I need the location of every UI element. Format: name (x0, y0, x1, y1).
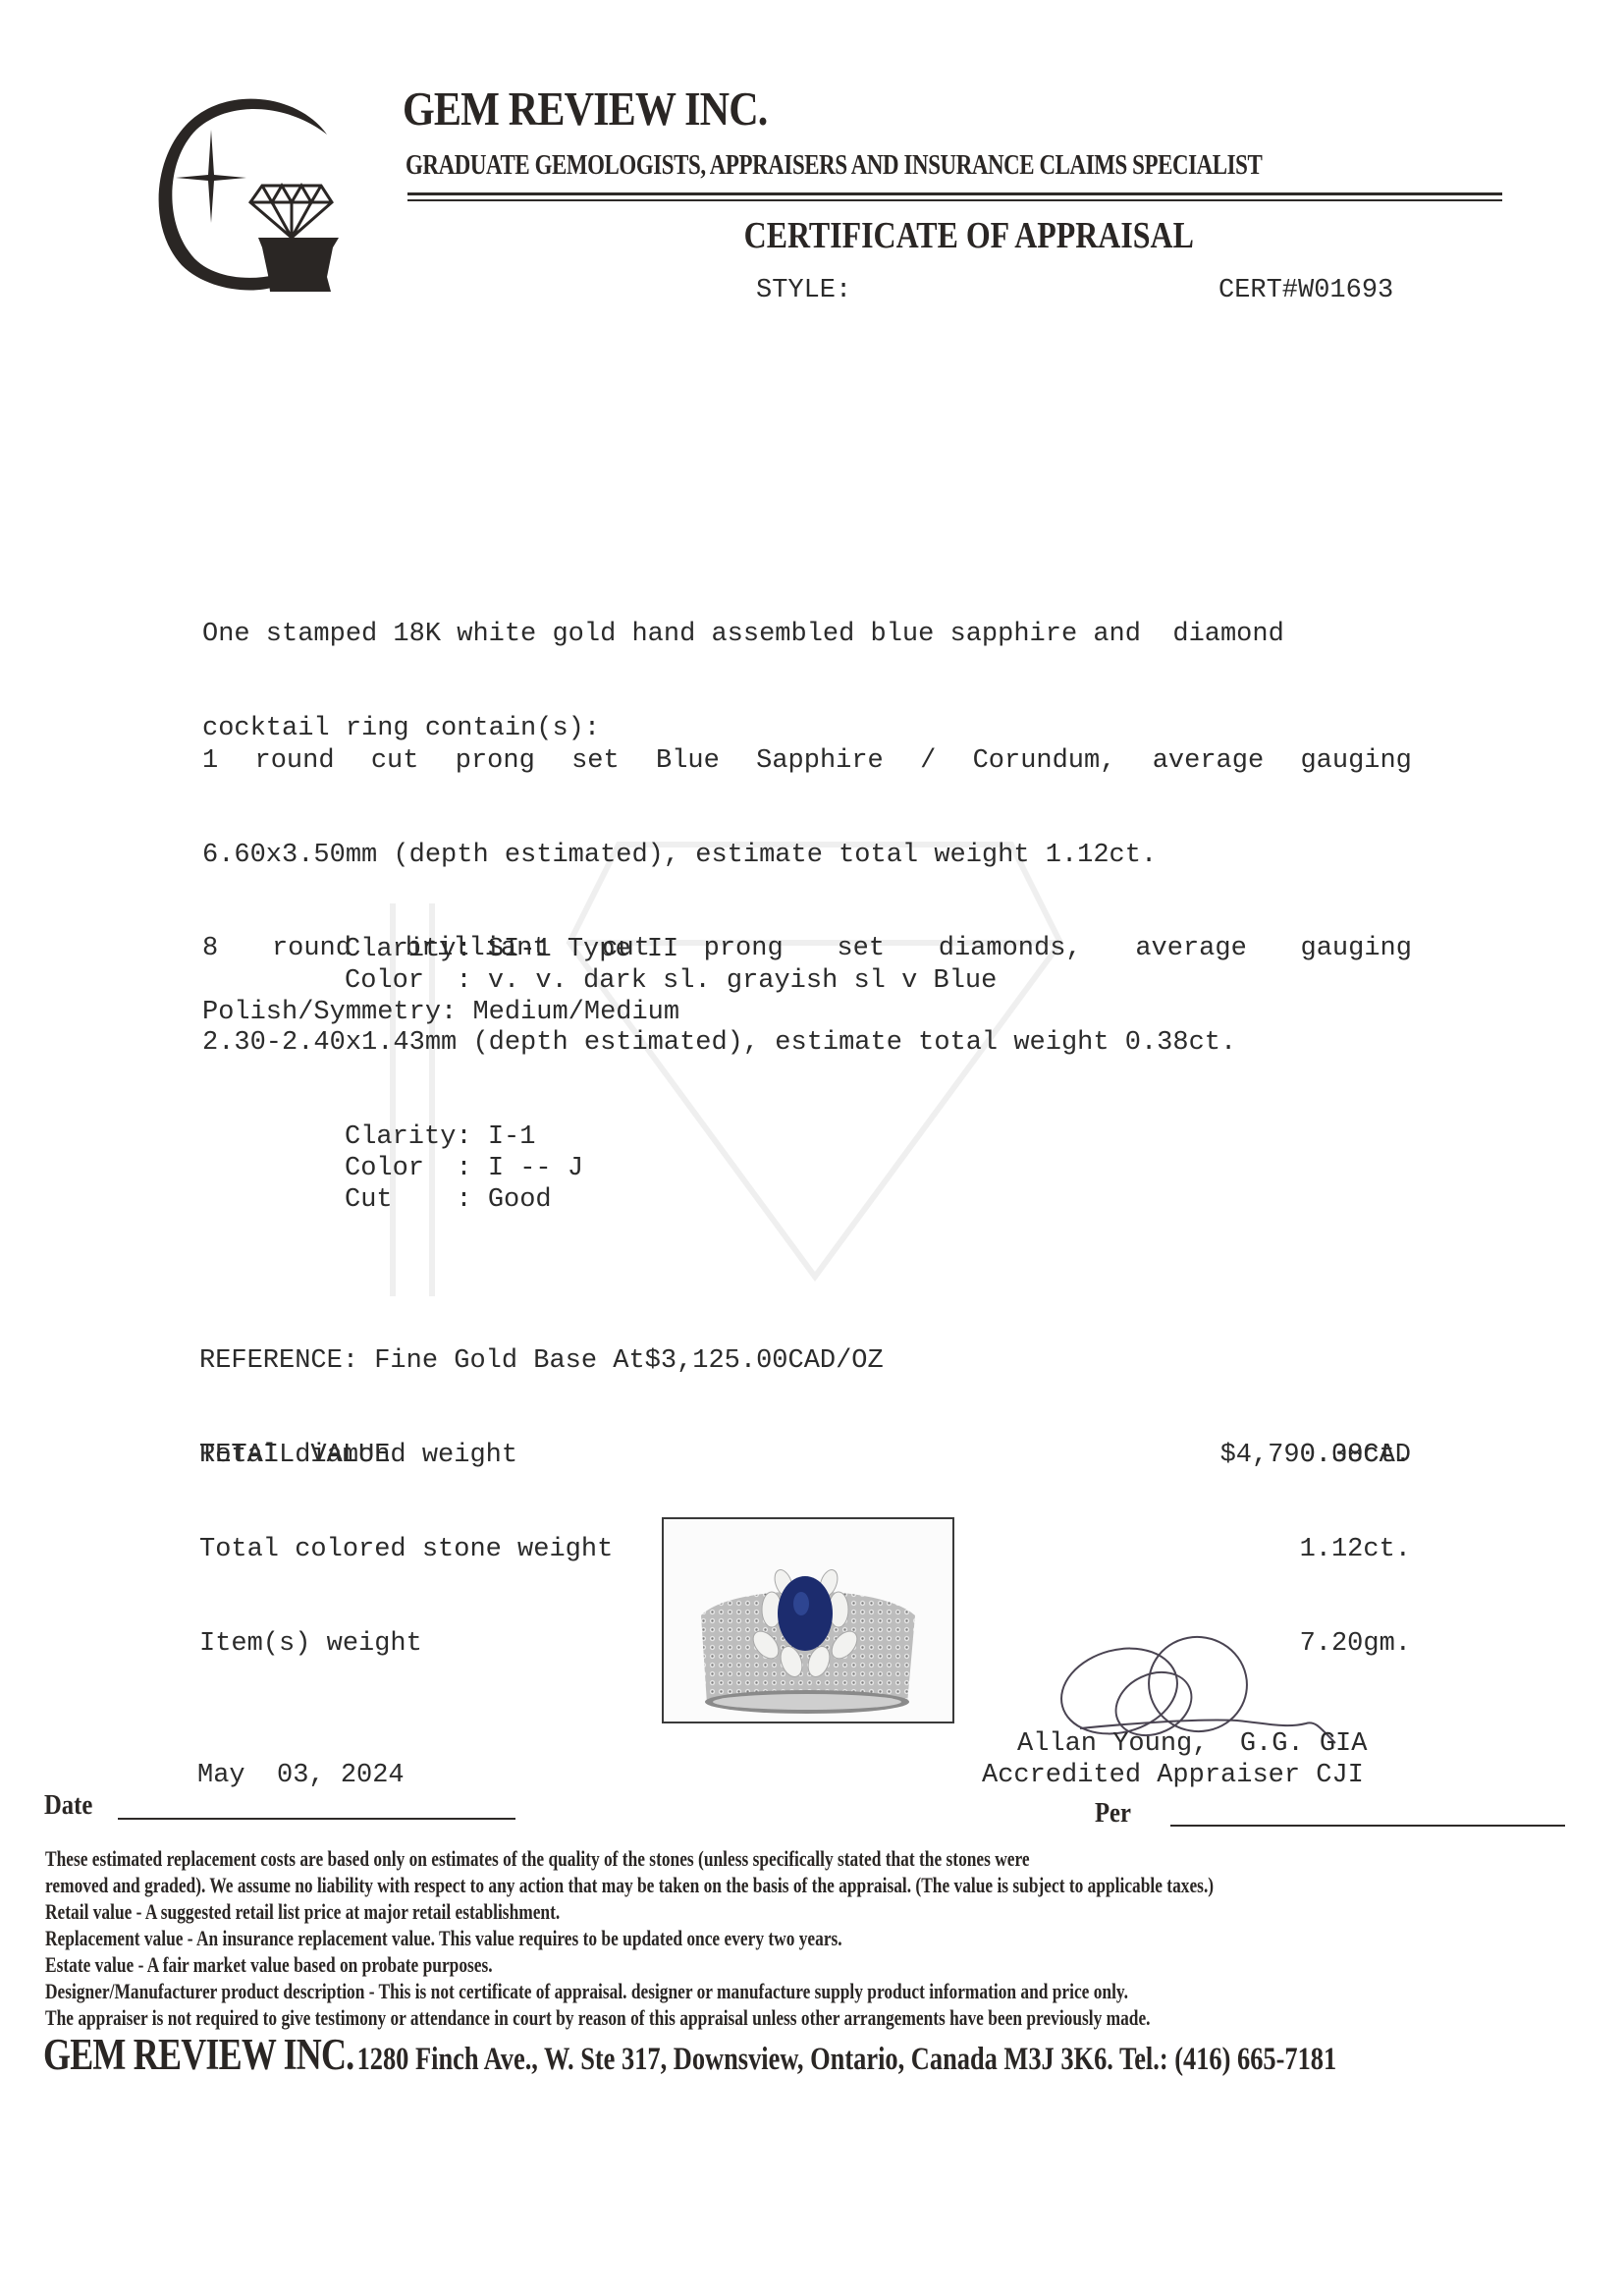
header-divider (407, 192, 1502, 195)
word: / (920, 745, 936, 777)
ring-photo (662, 1517, 954, 1723)
disclaimer-line: removed and graded). We assume no liabil… (45, 1872, 1364, 1898)
date-label: Date (44, 1789, 92, 1822)
per-signature-line (1170, 1825, 1565, 1827)
company-name: GEM REVIEW INC. (403, 81, 767, 137)
stone-detail-row: Cut : Good (202, 1184, 1412, 1216)
word: set (837, 933, 885, 964)
word: gauging (1301, 933, 1412, 964)
retail-value-label: RETAIL VALUE (199, 1440, 390, 1471)
appraisal-date: May 03, 2024 (197, 1760, 405, 1791)
stone-detail-row: Color : I -- J (202, 1153, 1412, 1184)
word: Corundum, (973, 745, 1116, 777)
word: cut (371, 745, 419, 777)
stone-line2: 6.60x3.50mm (depth estimated), estimate … (202, 840, 1412, 871)
per-label: Per (1095, 1797, 1131, 1830)
word: prong (704, 933, 784, 964)
stone-detail-row: Clarity: I-1 (202, 1121, 1412, 1153)
ring-image-icon (664, 1519, 952, 1722)
stone-line1: 1roundcutprongsetBlueSapphire/Corundum,a… (202, 745, 1412, 777)
disclaimer-line: The appraiser is not required to give te… (45, 2004, 1364, 2031)
stone-entry-diamonds: 8roundbrilliantcutprongsetdiamonds,avera… (202, 870, 1412, 1247)
appraiser-name: Allan Young, G.G. GIA (1017, 1728, 1367, 1760)
footer-address: 1280 Finch Ave., W. Ste 317, Downsview, … (357, 2042, 1337, 2077)
disclaimer-line: These estimated replacement costs are ba… (45, 1845, 1364, 1872)
retail-value-amount: $4,790.00CAD (1220, 1440, 1411, 1471)
word: gauging (1300, 745, 1411, 777)
cert-number: CERT#W01693 (1218, 275, 1393, 306)
description-line: One stamped 18K white gold hand assemble… (202, 619, 1284, 650)
reference-text: REFERENCE: Fine Gold Base At$3,125.00CAD… (199, 1345, 884, 1377)
certificate-title: CERTIFICATE OF APPRAISAL (0, 214, 1624, 257)
footer-company-name: GEM REVIEW INC. (43, 2030, 353, 2079)
style-label: STYLE: (756, 275, 851, 306)
stone-details: Clarity: I-1Color : I -- JCut : Good (202, 1121, 1412, 1216)
reference-line: REFERENCE: Fine Gold Base At$3,125.00CAD… (199, 1345, 1411, 1377)
certificate-title-text: CERTIFICATE OF APPRAISAL (744, 214, 1194, 257)
word: average (1135, 933, 1246, 964)
company-logo-icon (152, 90, 339, 292)
disclaimer-line: Replacement value - An insurance replace… (45, 1925, 1364, 1951)
disclaimer-line: Estate value - A fair market value based… (45, 1951, 1364, 1978)
word: round (255, 745, 335, 777)
stone-line2: 2.30-2.40x1.43mm (depth estimated), esti… (202, 1027, 1412, 1059)
retail-value-row: RETAIL VALUE $4,790.00CAD (199, 1440, 1411, 1471)
word: cut (602, 933, 650, 964)
word: diamonds, (939, 933, 1082, 964)
header-divider (407, 199, 1502, 201)
summary-label: Total colored stone weight (199, 1534, 613, 1565)
word: prong (456, 745, 535, 777)
word: set (571, 745, 620, 777)
appraiser-credential: Accredited Appraiser CJI (982, 1760, 1364, 1791)
company-tagline: GRADUATE GEMOLOGISTS, APPRAISERS AND INS… (406, 149, 1262, 182)
word: round (272, 933, 352, 964)
word: 1 (202, 745, 218, 777)
word: average (1153, 745, 1264, 777)
disclaimer-line: Retail value - A suggested retail list p… (45, 1898, 1364, 1925)
word: brilliant (406, 933, 549, 964)
word: 8 (202, 933, 218, 964)
summary-value: 1.12ct. (1300, 1534, 1411, 1565)
disclaimer-line: Designer/Manufacturer product descriptio… (45, 1978, 1364, 2004)
word: Blue (656, 745, 720, 777)
disclaimer: These estimated replacement costs are ba… (45, 1845, 1364, 2031)
word: Sapphire (756, 745, 884, 777)
stone-line1: 8roundbrilliantcutprongsetdiamonds,avera… (202, 933, 1412, 964)
footer-address-block: GEM REVIEW INC.1280 Finch Ave., W. Ste 3… (43, 2029, 1336, 2080)
date-signature-line (118, 1818, 515, 1820)
summary-label: Item(s) weight (199, 1628, 422, 1660)
